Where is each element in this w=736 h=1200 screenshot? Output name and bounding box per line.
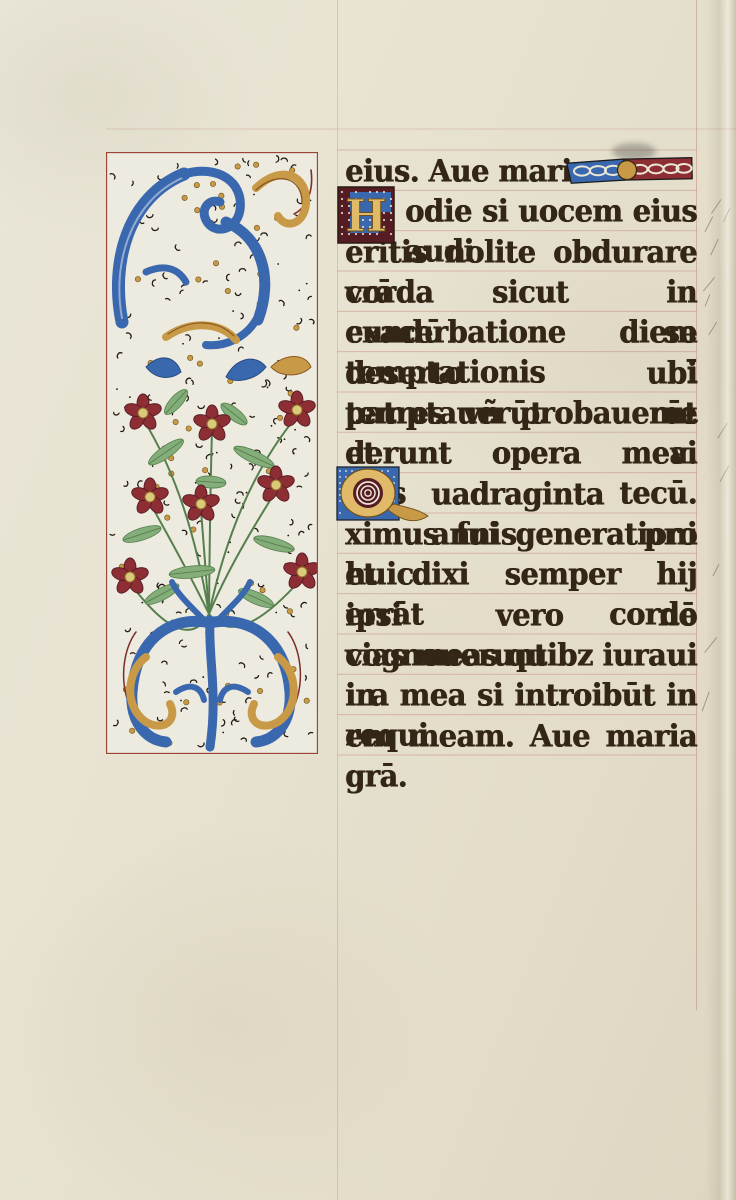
initial-h-art: H xyxy=(337,186,395,244)
text-line: vrā sicut in exacerbatione se xyxy=(345,272,697,314)
text-line: cundū diem temptationis ī xyxy=(345,312,697,354)
line-filler-ornament xyxy=(566,156,695,185)
margin-hairline xyxy=(705,294,710,306)
floral-border-illustration xyxy=(106,152,318,754)
filler-gold-disc xyxy=(617,160,636,179)
line-filler-art xyxy=(566,156,695,185)
margin-hairline xyxy=(703,275,714,293)
text-line: em meam. Aue maria grā. xyxy=(345,716,697,758)
illuminated-initial-h: H xyxy=(337,186,395,244)
margin-hairline xyxy=(713,564,719,577)
margin-hairline xyxy=(711,198,721,215)
text-line: uadraginta annis pro xyxy=(431,474,697,516)
text-line: patres vñ probauerūt et vi xyxy=(345,393,697,435)
manuscript-page: eius. Aue maria.odie si uocem eius audie… xyxy=(0,0,736,1200)
illuminated-initial-q xyxy=(336,466,430,526)
text-line: ira mea si introibūt in requi xyxy=(345,675,697,717)
margin-hairline xyxy=(705,216,713,233)
text-line: ipsi vero nō cognouerunt xyxy=(345,595,697,637)
text-block: eius. Aue maria.odie si uocem eius audie… xyxy=(345,0,697,760)
text-line: deserto ubi temptauerūt me xyxy=(345,353,697,395)
initial-letter-h: H xyxy=(345,191,387,242)
initial-q-art xyxy=(336,466,430,526)
margin-hairline xyxy=(705,635,717,655)
margin-hairline xyxy=(709,321,717,336)
text-line: eritis nolite obdurare corda xyxy=(345,232,697,274)
text-line: et dixi semper hij errāt corde xyxy=(345,554,697,596)
margin-hairline xyxy=(723,208,729,222)
margin-hairline xyxy=(711,239,718,256)
margin-hairline xyxy=(718,422,728,440)
illuminated-border xyxy=(106,152,318,754)
margin-hairline xyxy=(702,692,710,711)
text-line: vias meas quibz iuraui in xyxy=(345,635,697,677)
margin-hairline xyxy=(720,465,729,483)
text-line: odie si uocem eius audi xyxy=(405,191,697,233)
